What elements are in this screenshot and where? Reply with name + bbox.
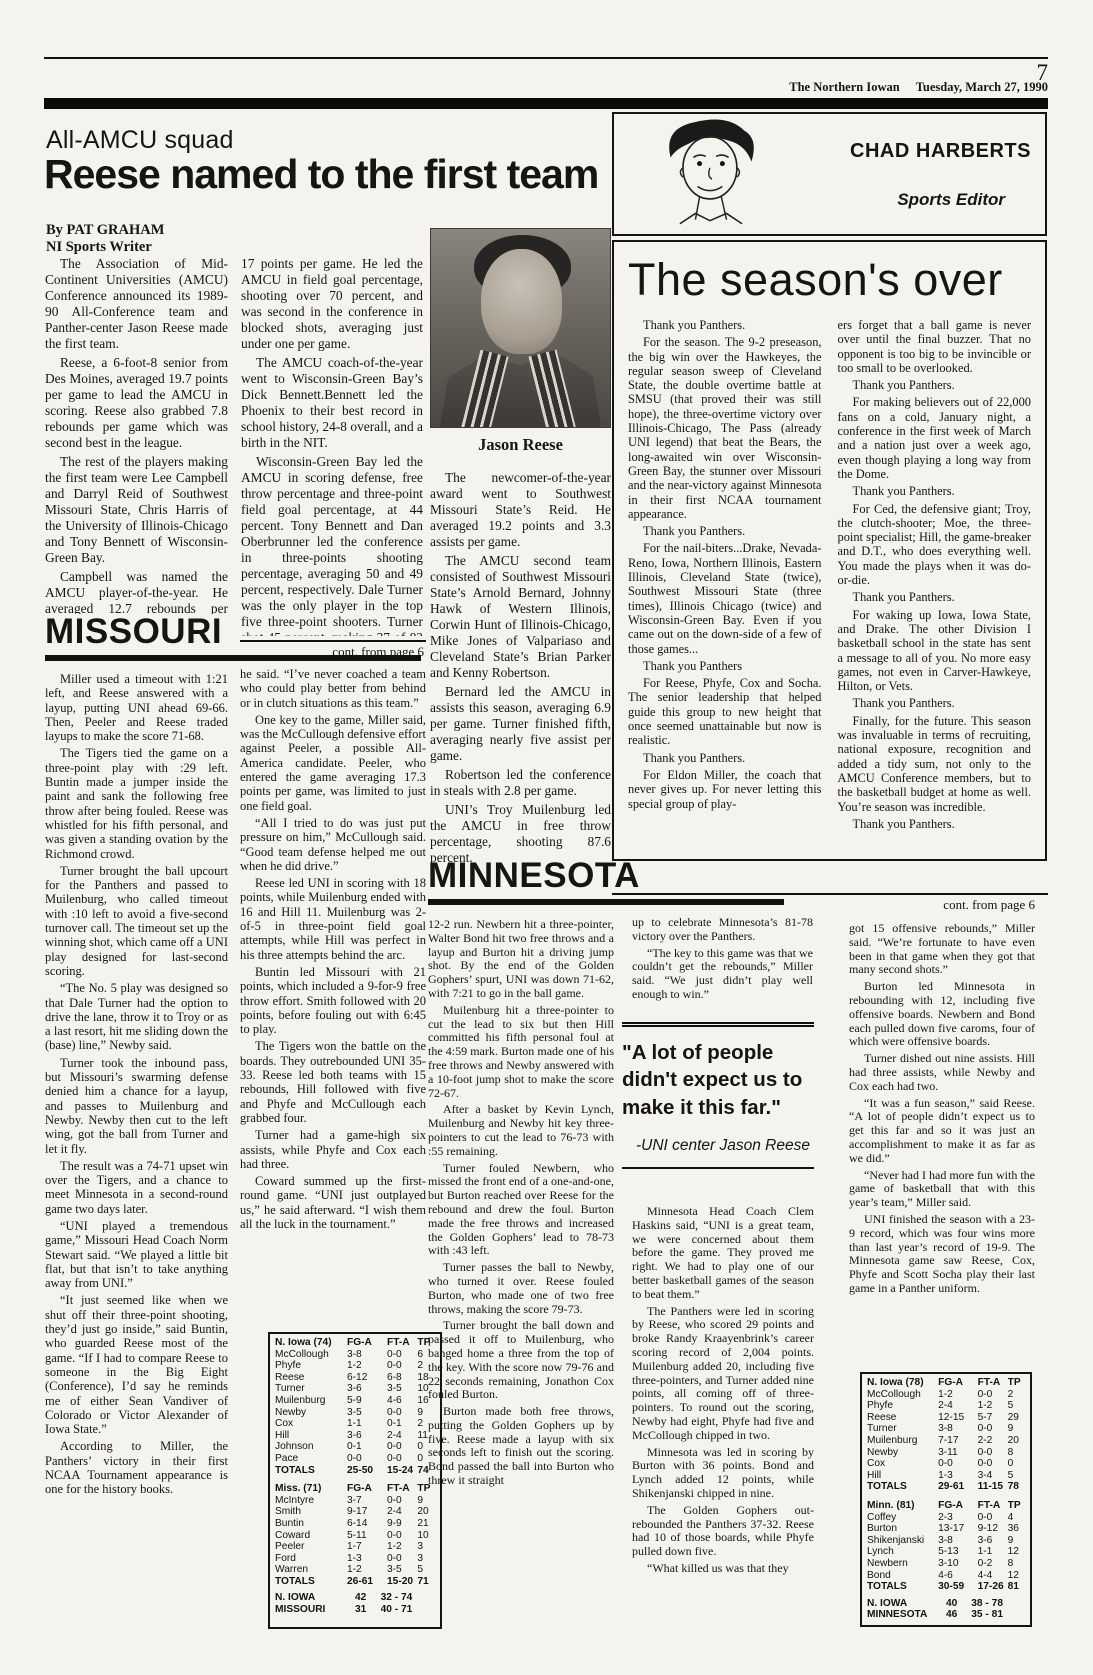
table-cell: 5-9 [347, 1395, 387, 1407]
table-cell: FT-A [387, 1476, 417, 1495]
table-cell: Phyfe [275, 1360, 347, 1372]
table-cell: 71 [417, 1576, 435, 1588]
table-row: TOTALS30-5917-2681 [867, 1581, 1025, 1593]
newspaper-page: 7 The Northern IowanTuesday, March 27, 1… [0, 0, 1093, 1675]
table-cell: 2-4 [387, 1430, 417, 1442]
minnesota-column-2-bottom: Minnesota Head Coach Clem Haskins said, … [632, 1205, 814, 1579]
table-cell: 11-15 [978, 1481, 1008, 1493]
table-cell: FT-A [978, 1377, 1008, 1389]
table-row: Minn. (81)FG-AFT-ATP [867, 1493, 1025, 1512]
table-cell: 3-8 [347, 1349, 387, 1361]
paragraph: Thank you Panthers. [838, 817, 1032, 831]
pull-quote-text: "A lot of people didn't expect us to mak… [622, 1039, 814, 1121]
paragraph: Campbell was named the AMCU player-of-th… [45, 569, 228, 614]
paragraph: Buntin led Missouri with 21 points, whic… [240, 965, 426, 1036]
table-cell: 9-9 [387, 1518, 417, 1530]
table-cell: Bond [867, 1570, 938, 1582]
table-cell: 0-1 [347, 1441, 387, 1453]
table-cell: FG-A [347, 1337, 387, 1349]
table-cell: Peeler [275, 1541, 347, 1553]
table-cell: 5-11 [347, 1530, 387, 1542]
paragraph: Miller used a timeout with 1:21 left, an… [45, 672, 228, 743]
box-score-minnesota-game: N. Iowa (78)FG-AFT-ATP McCollough1-20-02… [860, 1372, 1032, 1627]
table-cell: Muilenburg [867, 1435, 938, 1447]
table-cell: 0-1 [387, 1418, 417, 1430]
paragraph: Turner dished out nine assists. Hill had… [849, 1052, 1035, 1093]
table-cell: Newby [275, 1407, 347, 1419]
continuation-rule [240, 640, 426, 642]
jason-reese-photo [430, 228, 611, 428]
table-cell: 2-4 [938, 1400, 978, 1412]
table-cell: 0-0 [938, 1458, 978, 1470]
editor-name: CHAD HARBERTS [850, 140, 1031, 163]
paragraph: Thank you Panthers. [838, 378, 1032, 392]
table-cell: FG-A [938, 1377, 978, 1389]
box-score-rows-missouri: McIntyre3-70-09Smith9-172-420Buntin6-149… [275, 1495, 435, 1588]
editor-caricature [632, 116, 792, 230]
table-cell: 3 [417, 1541, 435, 1553]
table-cell: MISSOURI [275, 1604, 355, 1616]
table-cell: Coffey [867, 1512, 938, 1524]
table-row: Warren1-23-55 [275, 1564, 435, 1576]
table-cell: 0-0 [387, 1453, 417, 1465]
table-row: McCollough1-20-02 [867, 1389, 1025, 1401]
table-cell: 78 [1008, 1481, 1025, 1493]
table-row: Phyfe2-41-25 [867, 1400, 1025, 1412]
table-row: Johnson0-10-00 [275, 1441, 435, 1453]
paragraph: “What killed us was that they [632, 1562, 814, 1576]
table-row: Ford1-30-03 [275, 1553, 435, 1565]
table-cell: 5-13 [938, 1546, 978, 1558]
table-cell: 42 [355, 1592, 381, 1604]
table-cell: Burton [867, 1523, 938, 1535]
table-cell: 12 [1008, 1570, 1025, 1582]
paragraph: The AMCU coach-of-the-year went to Wisco… [241, 355, 423, 451]
table-cell: 12 [1008, 1546, 1025, 1558]
table-row: Burton13-179-1236 [867, 1523, 1025, 1535]
masthead: The Northern IowanTuesday, March 27, 199… [448, 80, 1048, 95]
table-row: Cox1-10-12 [275, 1418, 435, 1430]
table-cell: 0-0 [387, 1441, 417, 1453]
table-cell: 21 [417, 1518, 435, 1530]
paragraph: “UNI played a tremendous game,” Missouri… [45, 1219, 228, 1290]
table-cell: FG-A [938, 1493, 978, 1512]
table-cell: Cox [275, 1418, 347, 1430]
table-cell: 13-17 [938, 1523, 978, 1535]
table-cell: Turner [867, 1423, 938, 1435]
table-row: Cox0-00-00 [867, 1458, 1025, 1470]
table-row: Smith9-172-420 [275, 1506, 435, 1518]
table-cell: 40 - 71 [381, 1604, 435, 1616]
table-cell: FT-A [387, 1337, 417, 1349]
table-cell: Johnson [275, 1441, 347, 1453]
table-cell: Hill [275, 1430, 347, 1442]
paragraph: UNI finished the season with a 23-9 reco… [849, 1213, 1035, 1296]
season-over-column-box: The season's over Thank you Panthers.For… [612, 240, 1047, 861]
article-column-2: 17 points per game. He led the AMCU in f… [241, 256, 423, 636]
table-cell: 2-3 [938, 1512, 978, 1524]
paragraph: Burton led Minnesota in rebounding with … [849, 980, 1035, 1049]
paragraph: Turner passes the ball to Newby, who tur… [428, 1261, 614, 1316]
table-cell: FG-A [347, 1476, 387, 1495]
table-cell: 4-6 [387, 1395, 417, 1407]
table-cell: 2 [1008, 1389, 1025, 1401]
paragraph: After a basket by Kevin Lynch, Muilenbur… [428, 1103, 614, 1158]
table-cell: 1-7 [347, 1541, 387, 1553]
table-cell: Cox [867, 1458, 938, 1470]
table-cell: 1-2 [938, 1389, 978, 1401]
missouri-column-1: Miller used a timeout with 1:21 left, an… [45, 672, 228, 1500]
table-cell: 0-0 [978, 1458, 1008, 1470]
table-cell: 3-4 [978, 1470, 1008, 1482]
line-score-rows: N. IOWA4232 - 74MISSOURI3140 - 71 [275, 1592, 435, 1615]
table-cell: N. IOWA [275, 1592, 355, 1604]
paragraph: Bernard led the AMCU in assists this sea… [430, 684, 611, 764]
table-row: TOTALS25-5015-2474 [275, 1465, 435, 1477]
table-cell: 3-8 [938, 1535, 978, 1547]
table-row: Turner3-80-09 [867, 1423, 1025, 1435]
table-cell: 0-0 [387, 1349, 417, 1361]
table-cell: 35 - 81 [971, 1609, 1025, 1621]
table-cell: TOTALS [867, 1581, 938, 1593]
paragraph: Turner fouled Newbern, who missed the fr… [428, 1162, 614, 1259]
missouri-column-2-text: he said. “I’ve never coached a team who … [240, 667, 426, 1231]
table-cell: 15-24 [387, 1465, 417, 1477]
table-row: Newbern3-100-28 [867, 1558, 1025, 1570]
article-column-3: Jason Reese The newcomer-of-the-year awa… [430, 228, 611, 869]
table-cell: 20 [1008, 1435, 1025, 1447]
line-score-table: N. IOWA4232 - 74MISSOURI3140 - 71 [275, 1592, 435, 1615]
table-cell: Miss. (71) [275, 1476, 347, 1495]
table-row: Bond4-64-412 [867, 1570, 1025, 1582]
table-cell: 15-20 [387, 1576, 417, 1588]
table-cell: 0-0 [387, 1360, 417, 1372]
table-cell: 0-0 [347, 1453, 387, 1465]
table-cell: 8 [1008, 1558, 1025, 1570]
table-row: Coward5-110-010 [275, 1530, 435, 1542]
table-row: Newby3-110-08 [867, 1447, 1025, 1459]
table-row: N. Iowa (74)FG-AFT-ATP [275, 1337, 435, 1349]
paragraph: The AMCU second team consisted of Southw… [430, 553, 611, 681]
paragraph: Minnesota Head Coach Clem Haskins said, … [632, 1205, 814, 1302]
minnesota-column-2-top: up to celebrate Minnesota’s 81-78 victor… [632, 916, 813, 1018]
table-cell: 9 [1008, 1423, 1025, 1435]
photo-caption: Jason Reese [430, 435, 611, 455]
season-over-columns: Thank you Panthers.For the season. The 9… [614, 316, 1045, 836]
line-score-rows: N. IOWA4038 - 78MINNESOTA4635 - 81 [867, 1598, 1025, 1621]
paragraph: Thank you Panthers. [628, 318, 822, 332]
table-row: MISSOURI3140 - 71 [275, 1604, 435, 1616]
paragraph: For the nail-biters...Drake, Nevada-Reno… [628, 541, 822, 655]
table-cell: 3-8 [938, 1423, 978, 1435]
editor-title: Sports Editor [897, 190, 1005, 210]
table-cell: 1-3 [347, 1553, 387, 1565]
box-score-table: N. Iowa (74)FG-AFT-ATP McCollough3-80-06… [275, 1337, 435, 1587]
table-cell: 46 [946, 1609, 971, 1621]
paragraph: “All I tried to do was just put pressure… [240, 816, 426, 873]
paragraph: “The key to this game was that we couldn… [632, 947, 813, 1002]
table-row: Newby3-50-09 [275, 1407, 435, 1419]
table-cell: Ford [275, 1553, 347, 1565]
season-over-headline: The season's over [628, 254, 1031, 306]
season-over-column-1: Thank you Panthers.For the season. The 9… [628, 318, 822, 834]
paragraph: ers forget that a ball game is never ove… [838, 318, 1032, 375]
table-row: McIntyre3-70-09 [275, 1495, 435, 1507]
table-cell: N. Iowa (74) [275, 1337, 347, 1349]
paragraph: For waking up Iowa, Iowa State, and Drak… [838, 608, 1032, 694]
paragraph: got 15 offensive rebounds,” Miller said.… [849, 922, 1035, 977]
paragraph: Thank you Panthers. [838, 590, 1032, 604]
sports-editor-box: CHAD HARBERTS Sports Editor [612, 112, 1047, 236]
table-cell: 20 [417, 1506, 435, 1518]
paragraph: 17 points per game. He led the AMCU in f… [241, 256, 423, 352]
byline: By PAT GRAHAM NI Sports Writer [46, 222, 164, 257]
table-cell: 4-6 [938, 1570, 978, 1582]
box-score-table: N. Iowa (78)FG-AFT-ATP McCollough1-20-02… [867, 1377, 1025, 1593]
table-cell: 0-0 [387, 1495, 417, 1507]
table-row: Hill3-62-411 [275, 1430, 435, 1442]
table-cell: Turner [275, 1383, 347, 1395]
paragraph: The result was a 74-71 upset win over th… [45, 1159, 228, 1216]
masthead-title: The Northern Iowan [789, 80, 899, 94]
table-cell: 9 [417, 1495, 435, 1507]
table-cell: 9-12 [978, 1523, 1008, 1535]
table-row: MINNESOTA4635 - 81 [867, 1609, 1025, 1621]
paragraph: “It was a fun season,” said Reese. “A lo… [849, 1097, 1035, 1166]
table-cell: 0-0 [978, 1423, 1008, 1435]
paragraph: Reese led UNI in scoring with 18 points,… [240, 876, 426, 962]
table-cell: 2-4 [387, 1506, 417, 1518]
box-score-rows-n-iowa: McCollough1-20-02Phyfe2-41-25Reese12-155… [867, 1389, 1025, 1493]
table-cell: McCollough [275, 1349, 347, 1361]
table-row: Muilenburg5-94-616 [275, 1395, 435, 1407]
season-over-column-2: ers forget that a ball game is never ove… [838, 318, 1032, 834]
paragraph: Burton made both free throws, putting th… [428, 1405, 614, 1488]
table-cell: 5-7 [978, 1412, 1008, 1424]
box-score-header-n-iowa: N. Iowa (78)FG-AFT-ATP [867, 1377, 1025, 1389]
table-cell: Phyfe [867, 1400, 938, 1412]
table-cell: 1-1 [978, 1546, 1008, 1558]
table-cell: TP [1008, 1377, 1025, 1389]
table-cell: 1-2 [387, 1541, 417, 1553]
table-cell: 40 [946, 1598, 971, 1610]
table-cell: TOTALS [275, 1576, 347, 1588]
table-cell: 81 [1008, 1581, 1025, 1593]
table-cell: 9 [1008, 1535, 1025, 1547]
table-cell: N. Iowa (78) [867, 1377, 938, 1389]
table-row: McCollough3-80-06 [275, 1349, 435, 1361]
paragraph: Thank you Panthers. [628, 751, 822, 765]
table-cell: Warren [275, 1564, 347, 1576]
table-row: Hill1-33-45 [867, 1470, 1025, 1482]
table-cell: 10 [417, 1530, 435, 1542]
table-cell: 3-5 [347, 1407, 387, 1419]
paragraph: “The No. 5 play was designed so that Dal… [45, 981, 228, 1052]
table-cell: 4 [1008, 1512, 1025, 1524]
table-cell: 2-2 [978, 1435, 1008, 1447]
article-headline: Reese named to the first team [44, 153, 619, 196]
table-row: Pace0-00-00 [275, 1453, 435, 1465]
table-row: TOTALS29-6111-1578 [867, 1481, 1025, 1493]
table-cell: TOTALS [867, 1481, 938, 1493]
paragraph: For Ced, the defensive giant; Troy, the … [838, 502, 1032, 588]
issue-date: Tuesday, March 27, 1990 [916, 80, 1048, 94]
table-row: TOTALS26-6115-2071 [275, 1576, 435, 1588]
table-cell: 4-4 [978, 1570, 1008, 1582]
top-rule [44, 57, 1048, 59]
box-score-header-minnesota: Minn. (81)FG-AFT-ATP [867, 1493, 1025, 1512]
table-cell: 12-15 [938, 1412, 978, 1424]
paragraph: According to Miller, the Panthers’ victo… [45, 1439, 228, 1496]
table-cell: 6-14 [347, 1518, 387, 1530]
paragraph: The Association of Mid-Continent Univers… [45, 256, 228, 352]
table-cell: Newbern [867, 1558, 938, 1570]
minnesota-section-headline: MINNESOTA [428, 856, 784, 905]
box-score-missouri-game: N. Iowa (74)FG-AFT-ATP McCollough3-80-06… [268, 1332, 442, 1629]
table-cell: 32 - 74 [381, 1592, 435, 1604]
byline-title: NI Sports Writer [46, 239, 164, 256]
table-cell: N. IOWA [867, 1598, 946, 1610]
pull-quote-box: "A lot of people didn't expect us to mak… [622, 1022, 814, 1169]
table-cell: 1-1 [347, 1418, 387, 1430]
paragraph: Coward summed up the first-round game. “… [240, 1174, 426, 1231]
table-cell: FT-A [978, 1493, 1008, 1512]
table-cell: 5 [417, 1564, 435, 1576]
paragraph: The Tigers tied the game on a three-poin… [45, 746, 228, 860]
table-cell: Shikenjanski [867, 1535, 938, 1547]
table-cell: 31 [355, 1604, 381, 1616]
paragraph: For making believers out of 22,000 fans … [838, 395, 1032, 481]
table-row: Phyfe1-20-02 [275, 1360, 435, 1372]
table-cell: 29 [1008, 1412, 1025, 1424]
paragraph: Finally, for the future. This season was… [838, 714, 1032, 814]
table-cell: TOTALS [275, 1465, 347, 1477]
table-cell: Lynch [867, 1546, 938, 1558]
table-cell: 30-59 [938, 1581, 978, 1593]
table-cell: 3-6 [347, 1430, 387, 1442]
paragraph: Robertson led the conference in steals w… [430, 767, 611, 799]
box-score-header-n-iowa: N. Iowa (74)FG-AFT-ATP [275, 1337, 435, 1349]
table-cell: McIntyre [275, 1495, 347, 1507]
paragraph: The rest of the players making the first… [45, 454, 228, 566]
table-cell: 9-17 [347, 1506, 387, 1518]
paragraph: For the season. The 9-2 preseason, the b… [628, 335, 822, 521]
table-cell: Minn. (81) [867, 1493, 938, 1512]
table-cell: 0-0 [387, 1407, 417, 1419]
table-cell: 1-2 [347, 1360, 387, 1372]
table-cell: 0-2 [978, 1558, 1008, 1570]
table-cell: 0-0 [387, 1553, 417, 1565]
paragraph: The Golden Gophers out-rebounded the Pan… [632, 1504, 814, 1559]
paragraph: 12-2 run. Newbern hit a three-pointer, W… [428, 918, 614, 1001]
paragraph: Thank you Panthers [628, 659, 822, 673]
paragraph: Reese, a 6-foot-8 senior from Des Moines… [45, 355, 228, 451]
table-cell: 26-61 [347, 1576, 387, 1588]
table-cell: 1-2 [347, 1564, 387, 1576]
table-cell: 1-3 [938, 1470, 978, 1482]
paragraph: he said. “I’ve never coached a team who … [240, 667, 426, 710]
table-row: N. Iowa (78)FG-AFT-ATP [867, 1377, 1025, 1389]
table-row: Peeler1-71-23 [275, 1541, 435, 1553]
paragraph: Thank you Panthers. [838, 696, 1032, 710]
continuation-rule-right [612, 893, 1048, 895]
paragraph: Muilenburg hit a three-pointer to cut th… [428, 1004, 614, 1101]
table-cell: 6-8 [387, 1372, 417, 1384]
table-cell: McCollough [867, 1389, 938, 1401]
table-cell: 36 [1008, 1523, 1025, 1535]
table-cell: Buntin [275, 1518, 347, 1530]
table-row: Reese12-155-729 [867, 1412, 1025, 1424]
article-column-3-text: The newcomer-of-the-year award went to S… [430, 470, 611, 866]
table-cell: Coward [275, 1530, 347, 1542]
table-cell: Reese [867, 1412, 938, 1424]
table-cell: 3-6 [978, 1535, 1008, 1547]
minnesota-column-3: got 15 offensive rebounds,” Miller said.… [849, 922, 1035, 1299]
paragraph: Wisconsin-Green Bay led the AMCU in scor… [241, 454, 423, 636]
continuation-label-right: cont. from page 6 [845, 897, 1035, 913]
table-row: Coffey2-30-04 [867, 1512, 1025, 1524]
table-row: N. IOWA4038 - 78 [867, 1598, 1025, 1610]
table-row: Miss. (71)FG-AFT-ATP [275, 1476, 435, 1495]
table-cell: 0-0 [978, 1389, 1008, 1401]
table-row: Turner3-63-510 [275, 1383, 435, 1395]
table-cell: 38 - 78 [971, 1598, 1025, 1610]
table-cell: Hill [867, 1470, 938, 1482]
table-cell: MINNESOTA [867, 1609, 946, 1621]
pull-quote-attribution: -UNI center Jason Reese [622, 1137, 810, 1155]
table-cell: 1-2 [978, 1400, 1008, 1412]
table-cell: 3 [417, 1553, 435, 1565]
table-cell: 3-6 [347, 1383, 387, 1395]
paragraph: Turner had a game-high six assists, whil… [240, 1128, 426, 1171]
table-cell: 8 [1008, 1447, 1025, 1459]
table-cell: Newby [867, 1447, 938, 1459]
paragraph: Thank you Panthers. [838, 484, 1032, 498]
paragraph: “It just seemed like when we shut off th… [45, 1293, 228, 1436]
box-score-rows-minnesota: Coffey2-30-04Burton13-179-1236Shikenjans… [867, 1512, 1025, 1593]
paragraph: Turner took the inbound pass, but Missou… [45, 1056, 228, 1156]
paragraph: For Eldon Miller, the coach that never g… [628, 768, 822, 811]
article-column-1: The Association of Mid-Continent Univers… [45, 256, 228, 614]
paragraph: The Tigers won the battle on the boards.… [240, 1039, 426, 1125]
table-cell: 6-12 [347, 1372, 387, 1384]
paragraph: “Never had I had more fun with the game … [849, 1169, 1035, 1210]
minnesota-column-1: 12-2 run. Newbern hit a three-pointer, W… [428, 918, 614, 1491]
table-cell: Muilenburg [275, 1395, 347, 1407]
paragraph: For Reese, Phyfe, Cox and Socha. The sen… [628, 676, 822, 747]
table-cell: 29-61 [938, 1481, 978, 1493]
table-cell: 3-7 [347, 1495, 387, 1507]
table-row: Muilenburg7-172-220 [867, 1435, 1025, 1447]
table-cell: 3-5 [387, 1383, 417, 1395]
table-cell: 0-0 [387, 1530, 417, 1542]
table-row: N. IOWA4232 - 74 [275, 1592, 435, 1604]
continuation-label: cont. from page 6 [240, 644, 424, 660]
table-row: Lynch5-131-112 [867, 1546, 1025, 1558]
paragraph: One key to the game, Miller said, was th… [240, 713, 426, 813]
paragraph: Turner brought the ball down and passed … [428, 1319, 614, 1402]
paragraph: up to celebrate Minnesota’s 81-78 victor… [632, 916, 813, 944]
table-cell: Pace [275, 1453, 347, 1465]
table-cell: Reese [275, 1372, 347, 1384]
table-cell: 17-26 [978, 1581, 1008, 1593]
missouri-column-2: cont. from page 6 he said. “I’ve never c… [240, 640, 426, 1340]
byline-author: By PAT GRAHAM [46, 222, 164, 239]
table-cell: 3-5 [387, 1564, 417, 1576]
paragraph: The Panthers were led in scoring by Rees… [632, 1305, 814, 1443]
table-cell: 3-11 [938, 1447, 978, 1459]
paragraph: Minnesota was led in scoring by Burton w… [632, 1446, 814, 1501]
